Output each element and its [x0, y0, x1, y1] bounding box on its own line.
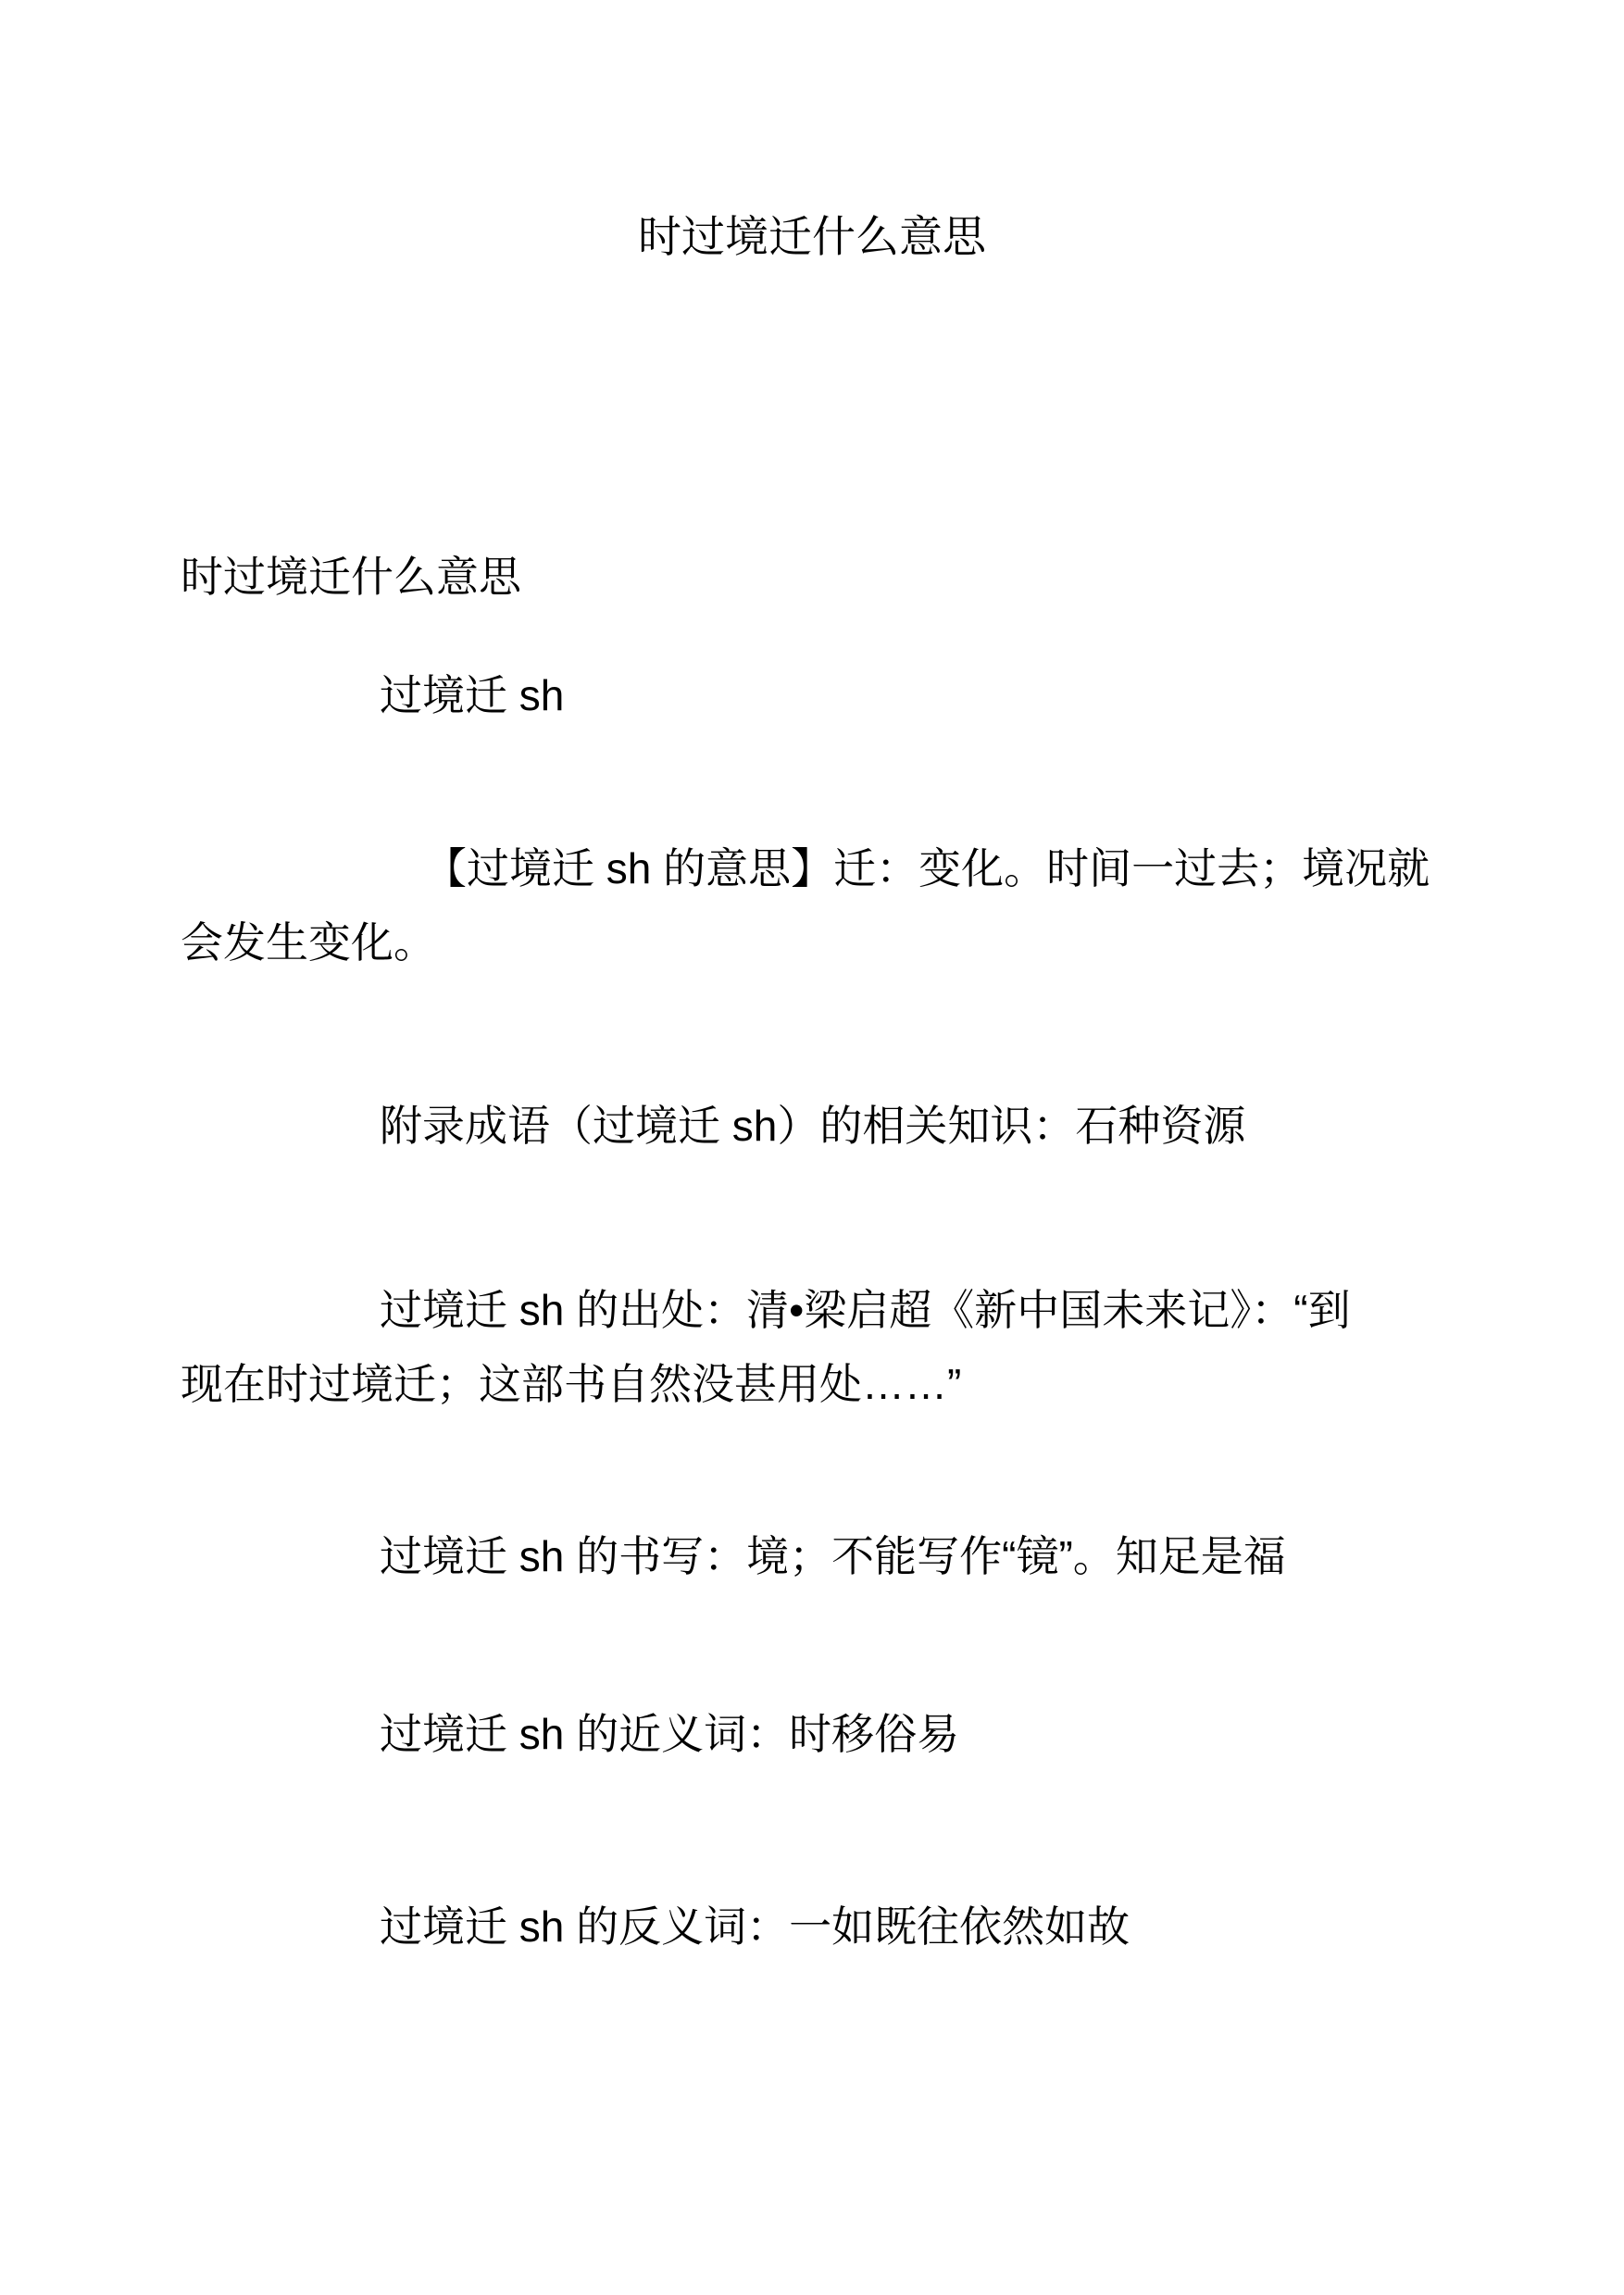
- paragraph-line: 【过境迁 sh 的意思】迁：变化。时间一过去；境况就: [424, 831, 1448, 905]
- paragraph-line: 过境迁 sh 的近义词：时移俗易: [380, 1697, 1448, 1771]
- paragraph-writing: 过境迁 sh 的书写：境；不能写作“镜”。知足是福: [181, 1519, 1448, 1593]
- paragraph-line: 会发生变化。: [181, 905, 1448, 979]
- paragraph-synonyms: 过境迁 sh 的近义词：时移俗易: [181, 1697, 1448, 1771]
- paragraph-line: 过境迁 sh 的出处：清•梁启超《新中国未来记》：“到: [380, 1273, 1448, 1347]
- paragraph-line: 现在时过境迁；这部书自然没甚用处……”: [181, 1347, 1448, 1421]
- paragraph-line: 附录成语（过境迁 sh）的相关知识：石种资源: [380, 1089, 1448, 1163]
- document-title: 时过境迁什么意思: [0, 209, 1624, 265]
- paragraph-line: 过境迁 sh 的书写：境；不能写作“镜”。知足是福: [380, 1519, 1448, 1593]
- paragraph-line: 过境迁 sh 的反义词：一如既往依然如故: [380, 1890, 1448, 1964]
- paragraph-antonyms: 过境迁 sh 的反义词：一如既往依然如故: [181, 1890, 1448, 1964]
- paragraph-meaning: 【过境迁 sh 的意思】迁：变化。时间一过去；境况就 会发生变化。: [181, 831, 1448, 979]
- paragraph-line: 过境迁 sh: [380, 658, 1448, 732]
- paragraph-origin: 过境迁 sh 的出处：清•梁启超《新中国未来记》：“到 现在时过境迁；这部书自然…: [181, 1273, 1448, 1421]
- section-heading: 时过境迁什么意思: [181, 549, 521, 605]
- document-page: 时过境迁什么意思 时过境迁什么意思 过境迁 sh 【过境迁 sh 的意思】迁：变…: [0, 0, 1624, 2295]
- paragraph-idiom-name: 过境迁 sh: [181, 658, 1448, 732]
- paragraph-appendix: 附录成语（过境迁 sh）的相关知识：石种资源: [181, 1089, 1448, 1163]
